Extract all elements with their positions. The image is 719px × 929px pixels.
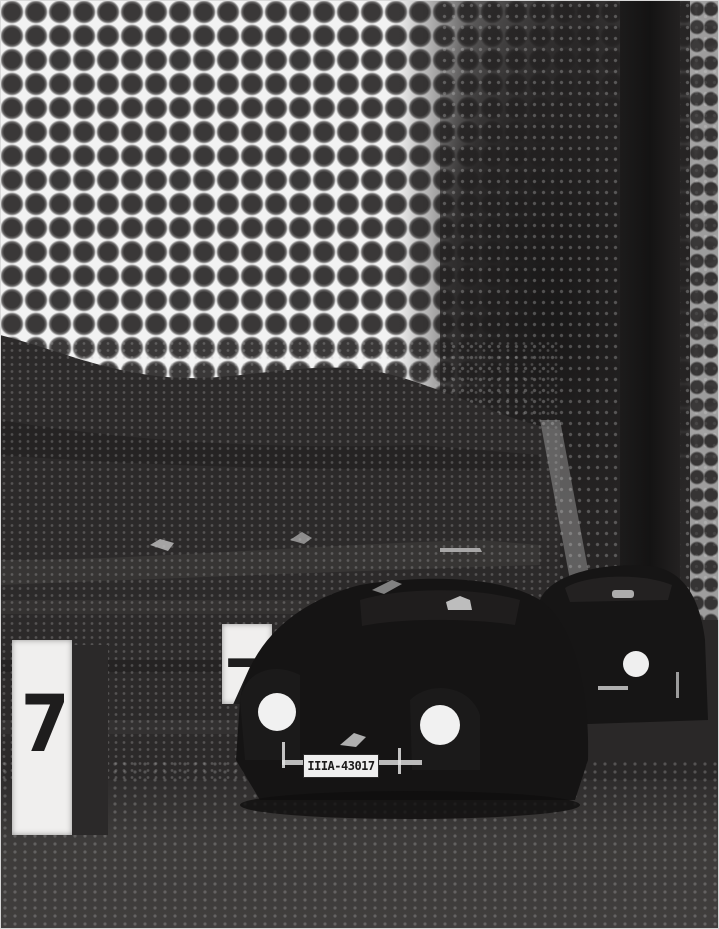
cars [0,0,719,929]
halftone-photograph: 7 7 [0,0,719,929]
license-plate: IIIA-43017 [303,754,379,778]
front-car [236,579,588,819]
rear-car-headlight [623,651,649,677]
front-car-headlight-left [258,693,296,731]
front-car-headlight-right [420,705,460,745]
